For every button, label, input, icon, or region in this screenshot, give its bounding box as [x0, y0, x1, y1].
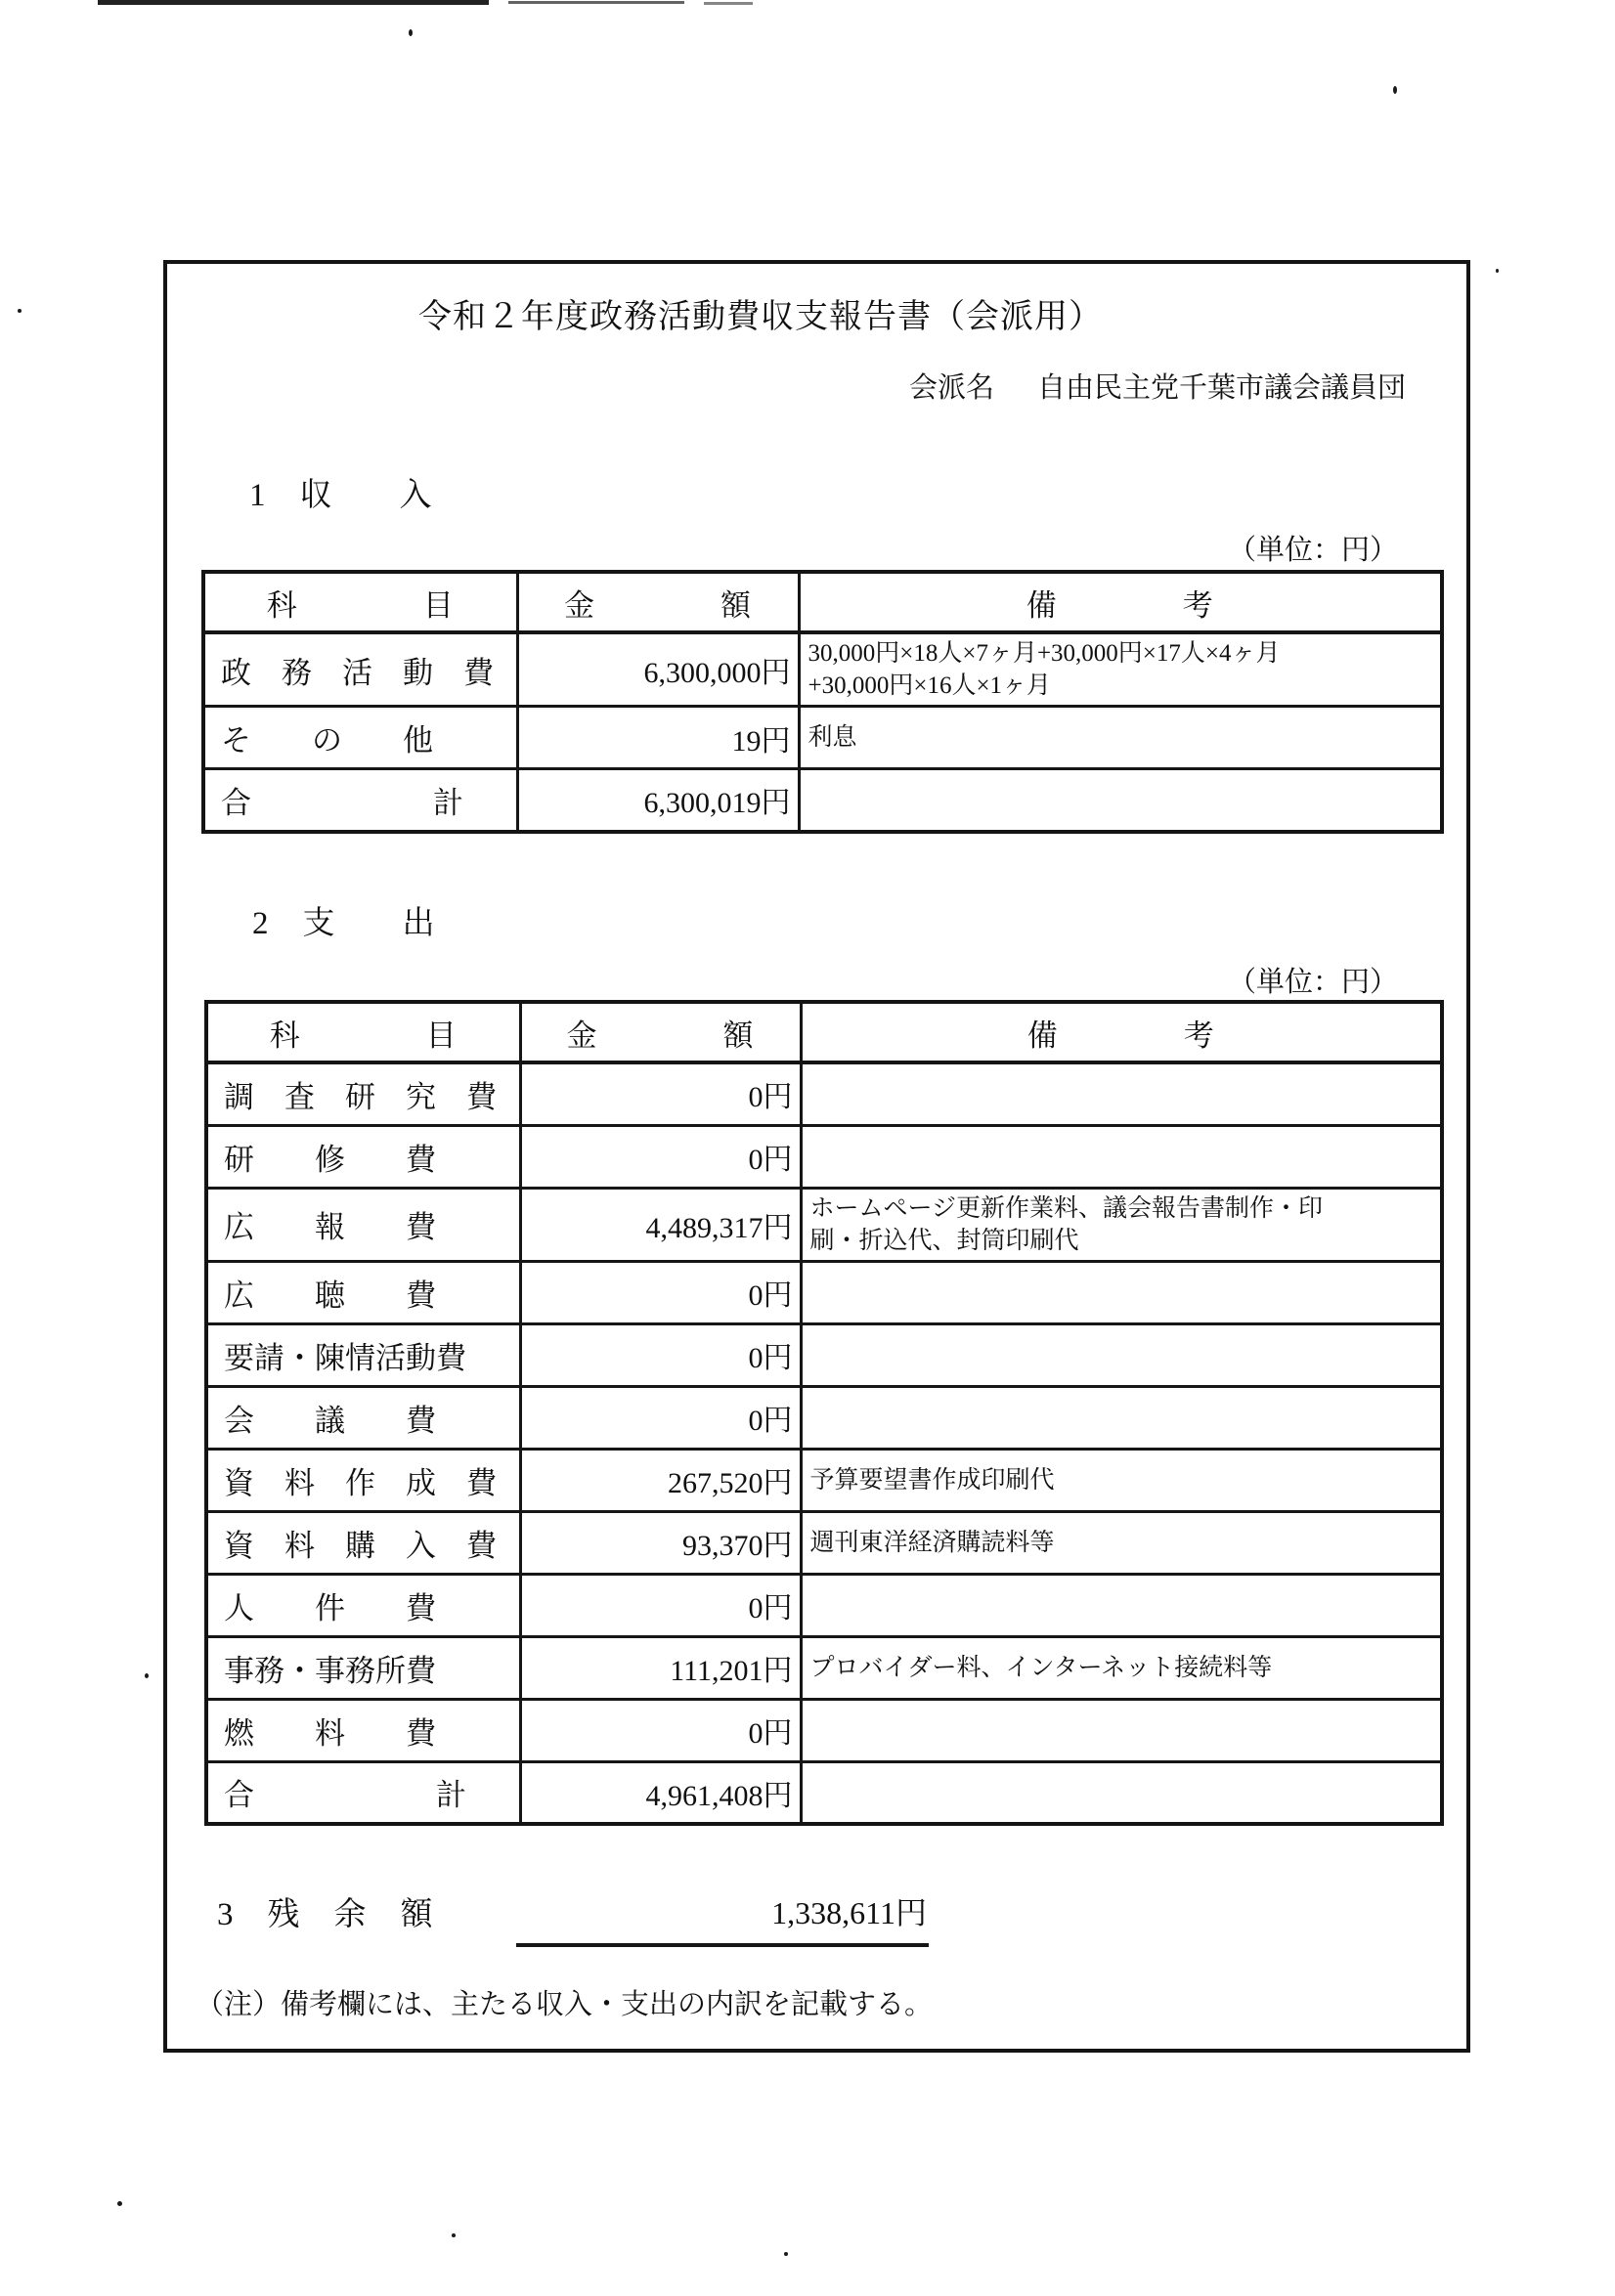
- remark-cell: [801, 1761, 1442, 1824]
- item-cell: 燃 料 費: [206, 1699, 520, 1761]
- table-row: 燃 料 費0円: [206, 1699, 1442, 1761]
- item-cell: 会 議 費: [206, 1386, 520, 1449]
- remark-cell: [801, 1261, 1442, 1323]
- income-section-heading: 1 収 入: [249, 469, 433, 515]
- remark-cell: [801, 1574, 1442, 1636]
- item-cell: 政 務 活 動 費: [203, 632, 517, 707]
- faction-line: 会派名自由民主党千葉市議会議員団: [909, 366, 1406, 406]
- income-unit-note: （単位：円）: [1228, 528, 1398, 568]
- expense-unit-note: （単位：円）: [1228, 960, 1398, 1000]
- footnote: （注）備考欄には、主たる収入・支出の内訳を記載する。: [196, 1982, 933, 2022]
- remark-cell: 週刊東洋経済購読料等: [801, 1511, 1442, 1574]
- scan-noise: [145, 1673, 149, 1678]
- amount-cell: 0円: [520, 1574, 801, 1636]
- scan-noise: [452, 2233, 456, 2237]
- remark-cell: [801, 1386, 1442, 1449]
- remark-cell: ホームページ更新作業料、議会報告書制作・印 刷・折込代、封筒印刷代: [801, 1188, 1442, 1261]
- table-row: 資 料 作 成 費267,520円予算要望書作成印刷代: [206, 1449, 1442, 1511]
- faction-label: 会派名: [909, 372, 994, 404]
- remark-cell: [801, 1323, 1442, 1386]
- item-cell: 事務・事務所費: [206, 1636, 520, 1699]
- income-header-remark: 備 考: [799, 572, 1442, 632]
- item-cell: 調 査 研 究 費: [206, 1062, 520, 1125]
- income-header-amount: 金 額: [517, 572, 799, 632]
- scan-noise: [1393, 86, 1397, 94]
- expense-table: 科 目 金 額 備 考 調 査 研 究 費0円研 修 費0円広 報 費4,489…: [204, 1000, 1444, 1826]
- income-header-row: 科 目 金 額 備 考: [203, 572, 1442, 632]
- scan-noise: [704, 2, 753, 5]
- expense-section-heading: 2 支 出: [252, 897, 436, 943]
- income-table: 科 目 金 額 備 考 政 務 活 動 費6,300,000円30,000円×1…: [201, 570, 1444, 834]
- table-row: 会 議 費0円: [206, 1386, 1442, 1449]
- table-row: 合 計6,300,019円: [203, 769, 1442, 832]
- remark-cell: [801, 1699, 1442, 1761]
- balance-heading: 3 残 余 額: [217, 1888, 434, 1934]
- amount-cell: 6,300,019円: [517, 769, 799, 832]
- table-row: そ の 他19円利息: [203, 707, 1442, 769]
- table-row: 研 修 費0円: [206, 1125, 1442, 1188]
- remark-cell: [801, 1062, 1442, 1125]
- scan-noise: [409, 29, 413, 36]
- item-cell: 広 報 費: [206, 1188, 520, 1261]
- expense-header-amount: 金 額: [520, 1002, 801, 1062]
- item-cell: 研 修 費: [206, 1125, 520, 1188]
- amount-cell: 267,520円: [520, 1449, 801, 1511]
- item-cell: そ の 他: [203, 707, 517, 769]
- remark-cell: 予算要望書作成印刷代: [801, 1449, 1442, 1511]
- table-row: 合 計4,961,408円: [206, 1761, 1442, 1824]
- amount-cell: 0円: [520, 1261, 801, 1323]
- income-header-item: 科 目: [203, 572, 517, 632]
- amount-cell: 0円: [520, 1699, 801, 1761]
- faction-name: 自由民主党千葉市議会議員団: [1037, 372, 1406, 404]
- scan-noise: [508, 1, 684, 4]
- amount-cell: 0円: [520, 1386, 801, 1449]
- expense-header-remark: 備 考: [801, 1002, 1442, 1062]
- amount-cell: 0円: [520, 1125, 801, 1188]
- table-row: 政 務 活 動 費6,300,000円30,000円×18人×7ヶ月+30,00…: [203, 632, 1442, 707]
- table-row: 人 件 費0円: [206, 1574, 1442, 1636]
- scan-noise: [784, 2252, 788, 2256]
- amount-cell: 93,370円: [520, 1511, 801, 1574]
- expense-header-row: 科 目 金 額 備 考: [206, 1002, 1442, 1062]
- scan-noise: [98, 0, 489, 5]
- amount-cell: 4,961,408円: [520, 1761, 801, 1824]
- balance-amount: 1,338,611円: [518, 1888, 927, 1933]
- expense-header-item: 科 目: [206, 1002, 520, 1062]
- scan-noise: [117, 2201, 122, 2206]
- amount-cell: 6,300,000円: [517, 632, 799, 707]
- table-row: 事務・事務所費111,201円プロバイダー料、インターネット接続料等: [206, 1636, 1442, 1699]
- remark-cell: 30,000円×18人×7ヶ月+30,000円×17人×4ヶ月 +30,000円…: [799, 632, 1442, 707]
- scan-noise: [18, 309, 22, 313]
- remark-cell: プロバイダー料、インターネット接続料等: [801, 1636, 1442, 1699]
- item-cell: 合 計: [203, 769, 517, 832]
- table-row: 広 報 費4,489,317円ホームページ更新作業料、議会報告書制作・印 刷・折…: [206, 1188, 1442, 1261]
- amount-cell: 0円: [520, 1323, 801, 1386]
- item-cell: 資 料 作 成 費: [206, 1449, 520, 1511]
- table-row: 広 聴 費0円: [206, 1261, 1442, 1323]
- amount-cell: 111,201円: [520, 1636, 801, 1699]
- page-title: 令和２年度政務活動費収支報告書（会派用）: [418, 289, 1200, 337]
- balance-underline: [516, 1943, 929, 1947]
- item-cell: 合 計: [206, 1761, 520, 1824]
- amount-cell: 0円: [520, 1062, 801, 1125]
- table-row: 要請・陳情活動費0円: [206, 1323, 1442, 1386]
- item-cell: 資 料 購 入 費: [206, 1511, 520, 1574]
- amount-cell: 4,489,317円: [520, 1188, 801, 1261]
- item-cell: 要請・陳情活動費: [206, 1323, 520, 1386]
- scan-noise: [1496, 269, 1499, 273]
- remark-cell: [801, 1125, 1442, 1188]
- amount-cell: 19円: [517, 707, 799, 769]
- item-cell: 広 聴 費: [206, 1261, 520, 1323]
- table-row: 調 査 研 究 費0円: [206, 1062, 1442, 1125]
- remark-cell: [799, 769, 1442, 832]
- table-row: 資 料 購 入 費93,370円週刊東洋経済購読料等: [206, 1511, 1442, 1574]
- remark-cell: 利息: [799, 707, 1442, 769]
- item-cell: 人 件 費: [206, 1574, 520, 1636]
